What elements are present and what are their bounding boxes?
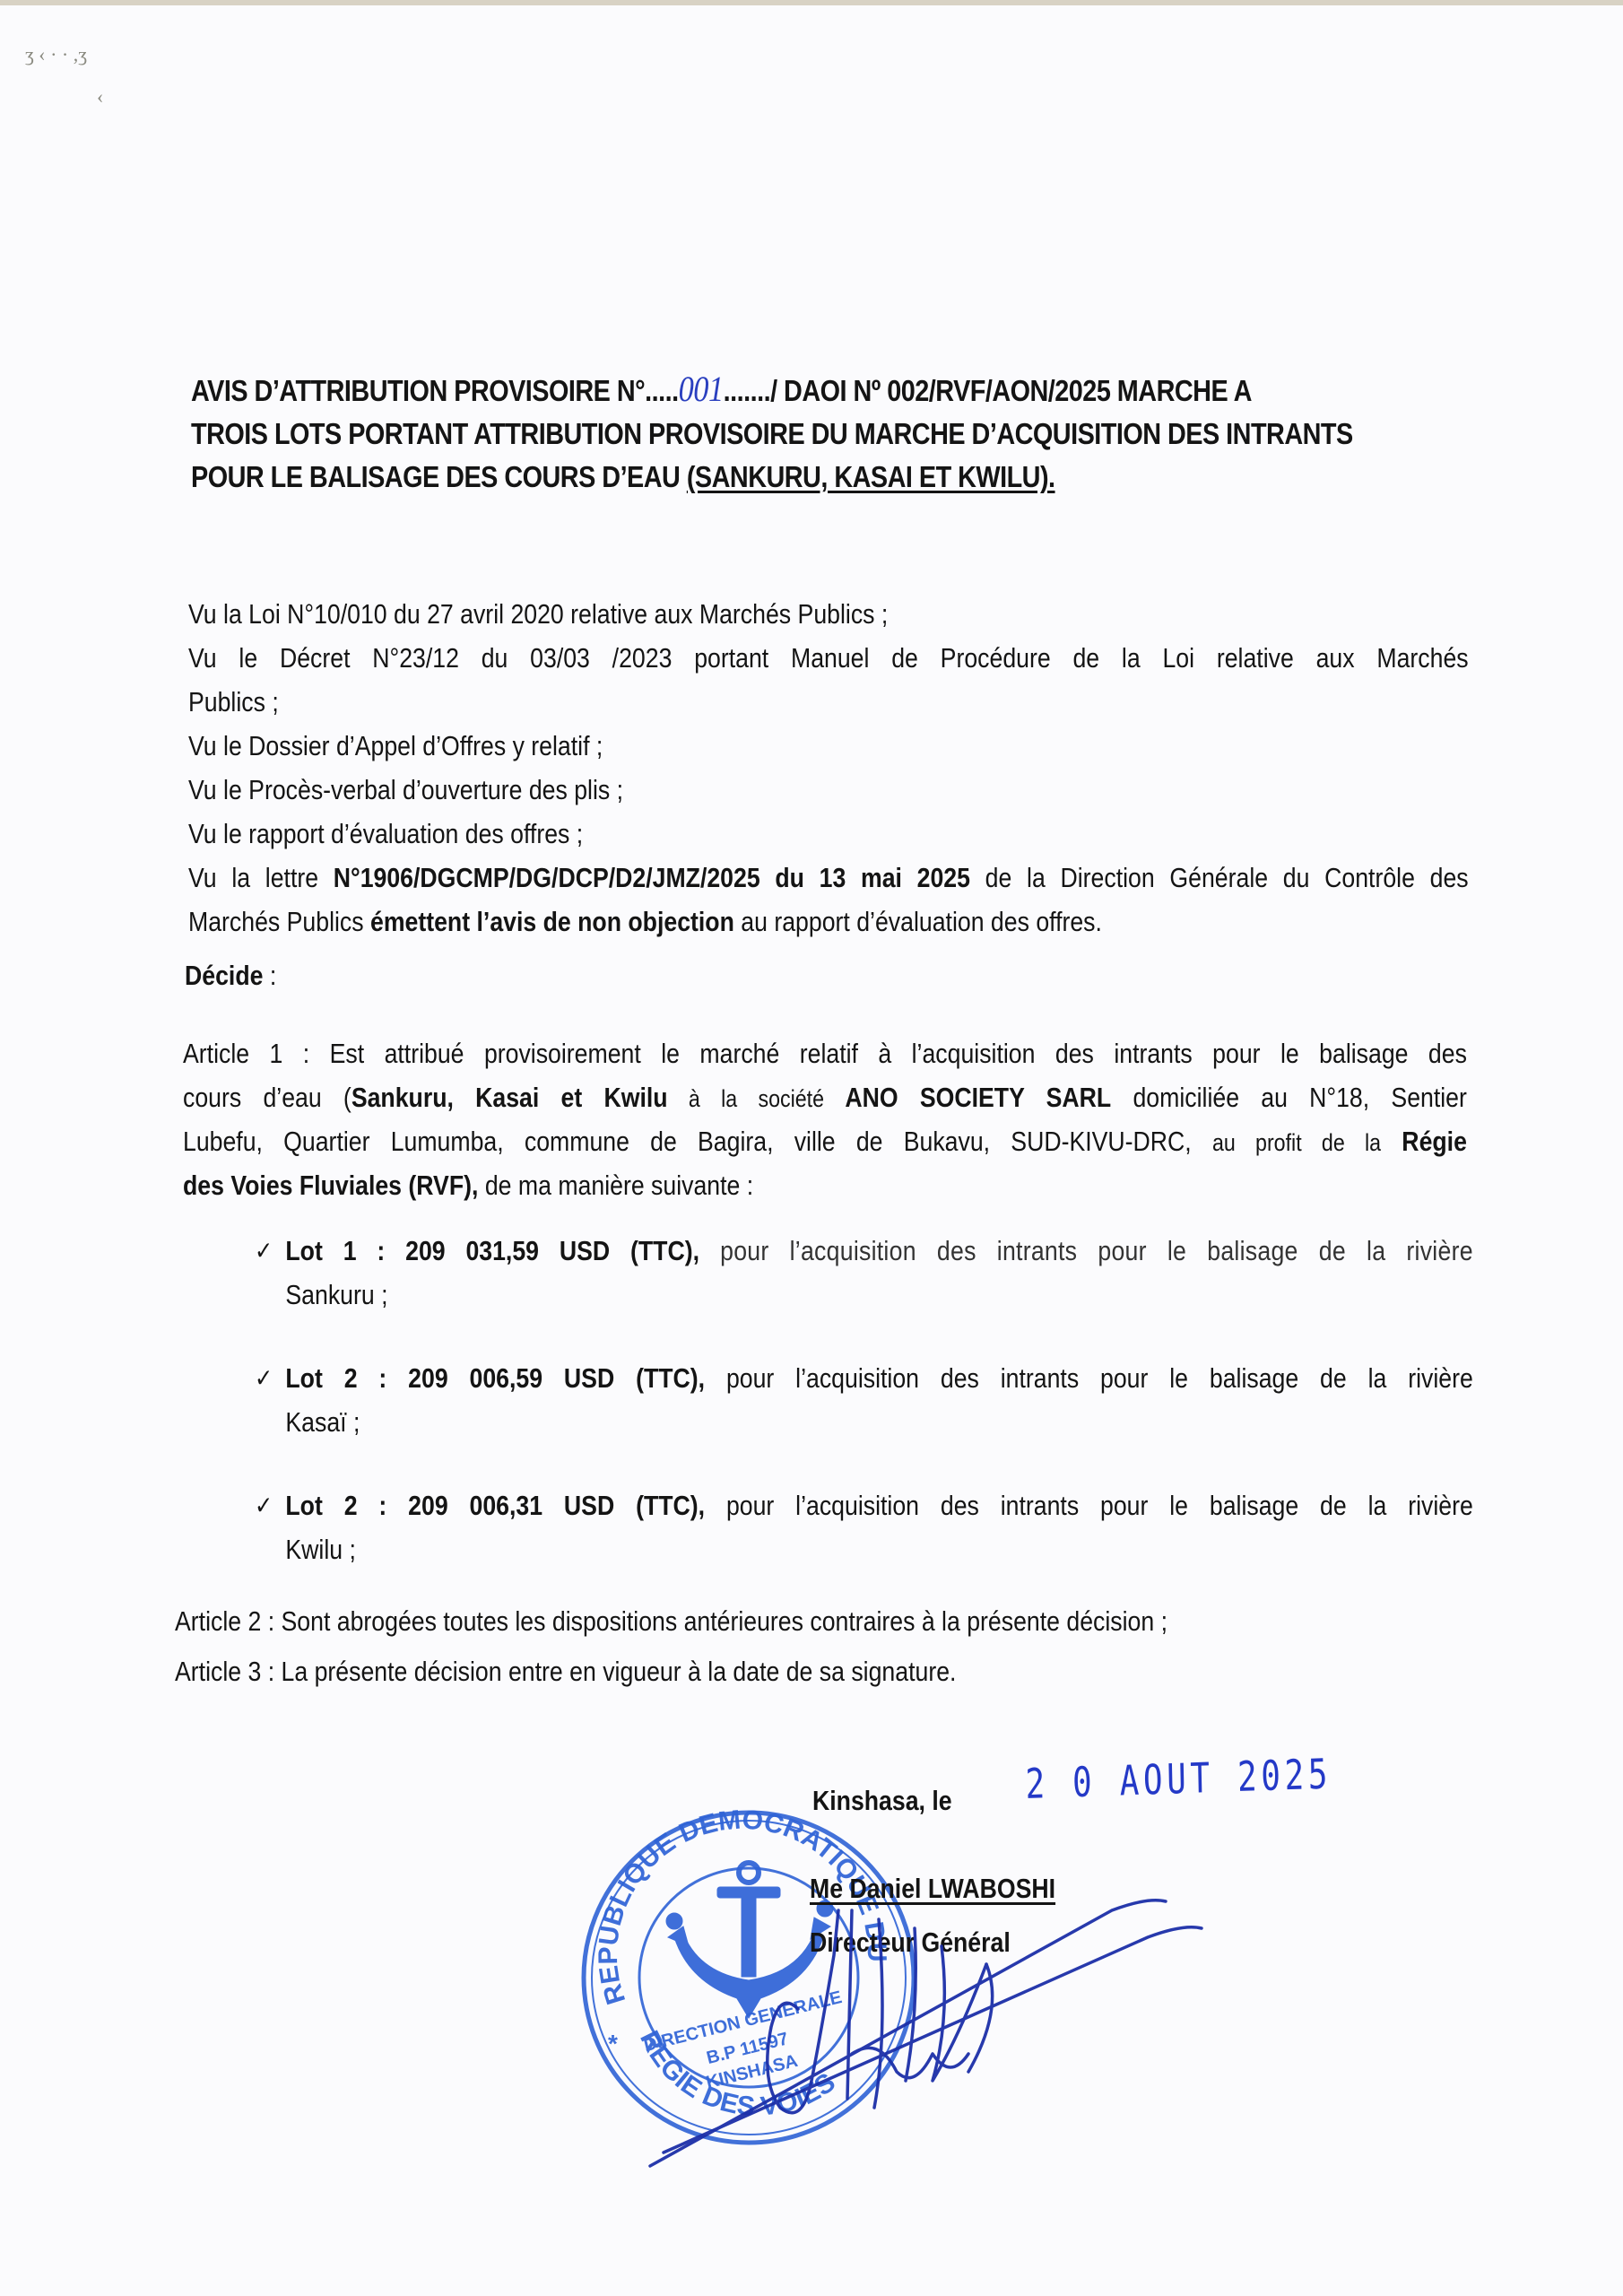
article-1: Article 1 : Est attribué provisoirement … [183,1031,1467,1207]
lot-amount: Lot 2 : 209 006,59 USD (TTC), [285,1362,705,1394]
letter-reference: N°1906/DGCMP/DG/DCP/D2/JMZ/2025 du 13 ma… [334,862,970,893]
title-dots: ....... [724,375,770,408]
lot-river: Sankuru ; [255,1273,1473,1317]
lot-amount: Lot 1 : 209 031,59 USD (TTC), [285,1235,699,1266]
checkmark-icon: ✓ [255,1483,273,1527]
beneficiary-name-cont: des Voies Fluviales (RVF), [183,1170,478,1201]
article-1-text: à la société [668,1085,846,1112]
article-2: Article 2 : Sont abrogées toutes les dis… [175,1596,1455,1647]
consideration-evaluation-report: Vu le rapport d’évaluation des offres ; [188,812,1469,856]
scan-top-edge [0,0,1623,5]
lot-line: Lot 1 : 209 031,59 USD (TTC), pour l’acq… [285,1229,1472,1273]
article-1-text: de ma manière suivante : [478,1170,753,1201]
decide-label: Décide [185,960,263,991]
checkmark-icon: ✓ [255,1229,273,1273]
lot-amount: Lot 2 : 209 006,31 USD (TTC), [285,1490,705,1521]
letter-line2-end: au rapport d’évaluation des offres. [734,906,1102,937]
consideration-opening-minutes: Vu le Procès-verbal d’ouverture des plis… [188,768,1469,812]
title-line-3: POUR LE BALISAGE DES COURS D’EAU [191,461,687,494]
consideration-decree: Vu le Décret N°23/12 du 03/03 /2023 port… [188,636,1469,680]
article-1-line-3: Lubefu, Quartier Lumumba, commune de Bag… [183,1119,1467,1163]
beneficiary-name: Régie [1381,1126,1467,1157]
handwritten-notice-number: 001 [679,369,724,409]
document-title: AVIS D’ATTRIBUTION PROVISOIRE N°.....001… [191,368,1471,500]
considerations-block: Vu la Loi N°10/010 du 27 avril 2020 rela… [188,592,1469,944]
articles-2-3: Article 2 : Sont abrogées toutes les dis… [175,1596,1455,1697]
official-seal: REPUBLIQUE DEMOCRATIQUE DU CONGO REGIE D… [574,1803,924,2152]
company-address: Lubefu, Quartier Lumumba, commune de Bag… [183,1126,1212,1157]
consideration-letter-cont: Marchés Publics émettent l’avis de non o… [188,900,1469,944]
lot-river: Kasaï ; [255,1400,1473,1444]
title-daoi-reference: / DAOI Nº 002/RVF/AON/2025 MARCHE A [770,375,1252,408]
stamped-date: 2 0 AOUT 2025 [1025,1750,1332,1808]
article-3: Article 3 : La présente décision entre e… [175,1647,1455,1697]
title-prefix: AVIS D’ATTRIBUTION PROVISOIRE N°..... [191,375,679,408]
lot-item: ✓ Lot 1 : 209 031,59 USD (TTC), pour l’a… [255,1229,1473,1317]
article-1-line-1: Article 1 : Est attribué provisoirement … [183,1031,1467,1075]
article-1-text: domiciliée au N°18, Sentier [1111,1082,1467,1113]
article-1-text: au profit de la [1212,1129,1381,1156]
title-line-2: TROIS LOTS PORTANT ATTRIBUTION PROVISOIR… [191,418,1353,451]
seal-star-icon: * [608,2030,618,2057]
lot-item: ✓ Lot 2 : 209 006,59 USD (TTC), pour l’a… [255,1356,1473,1444]
article-1-rivers: Sankuru, Kasai et Kwilu [352,1082,668,1113]
article-1-line-2: cours d’eau (Sankuru, Kasai et Kwilu à l… [183,1075,1467,1119]
article-1-line-4: des Voies Fluviales (RVF), de ma manière… [183,1163,1467,1207]
consideration-law: Vu la Loi N°10/010 du 27 avril 2020 rela… [188,592,1469,636]
article-1-text: cours d’eau ( [183,1082,352,1113]
signer-title: Directeur Général [810,1926,1011,1959]
letter-prefix: Vu la lettre [188,862,334,893]
letter-line2-start: Marchés Publics [188,906,370,937]
lot-river: Kwilu ; [255,1527,1473,1571]
consideration-tender-file: Vu le Dossier d’Appel d’Offres y relatif… [188,724,1469,768]
scanned-document-page: ʒ ‹ · · ,ʒ ‹ AVIS D’ATTRIBUTION PROVISOI… [0,0,1623,2296]
lots-list: ✓ Lot 1 : 209 031,59 USD (TTC), pour l’a… [255,1229,1473,1611]
lot-description: pour l’acquisition des intrants pour le … [699,1235,1473,1266]
checkmark-icon: ✓ [255,1356,273,1400]
signer-name: Me Daniel LWABOSHI [810,1873,1055,1905]
awarded-company: ANO SOCIETY SARL [845,1082,1111,1113]
lot-description: pour l’acquisition des intrants pour le … [705,1362,1473,1394]
non-objection-phrase: émettent l’avis de non objection [370,906,734,937]
decide-colon: : [263,960,276,991]
letter-issuer: de la Direction Générale du Contrôle des [970,862,1469,893]
consideration-letter: Vu la lettre N°1906/DGCMP/DG/DCP/D2/JMZ/… [188,856,1469,900]
title-rivers-underlined: (SANKURU, KASAI ET KWILU). [687,461,1055,494]
lot-description: pour l’acquisition des intrants pour le … [705,1490,1473,1521]
margin-scribble: ʒ ‹ · · ,ʒ [25,43,87,66]
decide-heading: Décide : [185,960,276,992]
margin-scribble-mark: ‹ [97,85,103,109]
lot-line: Lot 2 : 209 006,31 USD (TTC), pour l’acq… [285,1483,1472,1527]
lot-item: ✓ Lot 2 : 209 006,31 USD (TTC), pour l’a… [255,1483,1473,1571]
lot-line: Lot 2 : 209 006,59 USD (TTC), pour l’acq… [285,1356,1472,1400]
consideration-decree-cont: Publics ; [188,680,1469,724]
